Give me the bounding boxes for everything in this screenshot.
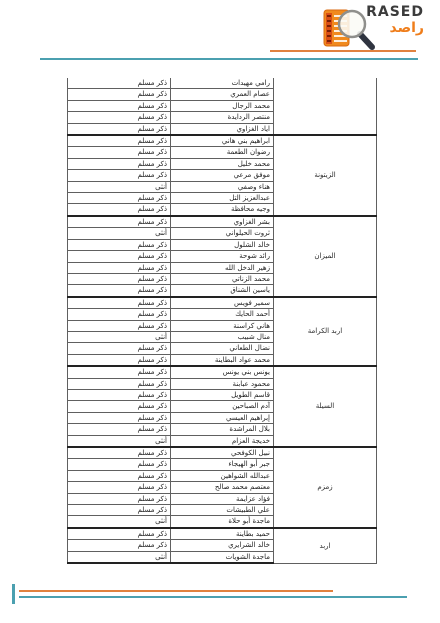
gender-religion: ذكر مسلم <box>68 112 171 123</box>
candidate-name: أحمد الحايك <box>171 309 274 320</box>
gender-religion: ذكر مسلم <box>68 204 171 216</box>
candidate-name: هاني كراسنة <box>171 320 274 331</box>
candidate-name: جبر أبو الهيجاء <box>171 459 274 470</box>
candidate-name: رائد شوحة <box>171 251 274 262</box>
candidate-name: محمد الزناتي <box>171 273 274 284</box>
region-cell <box>274 78 377 135</box>
candidate-name: ياسين الشناق <box>171 285 274 297</box>
candidate-name: رضوان الطعمة <box>171 147 274 158</box>
gender-religion: ذكر مسلم <box>68 216 171 228</box>
candidate-name: خالد الشرايري <box>171 540 274 551</box>
gender-religion: ذكر مسلم <box>68 528 171 540</box>
footer-rule-teal <box>19 596 407 598</box>
candidate-name: إبراهيم العيسي <box>171 412 274 423</box>
candidate-name: رامي مهيدات <box>171 78 274 89</box>
candidate-name: خالد الشلول <box>171 239 274 250</box>
candidate-name: معتصم محمد صالح <box>171 482 274 493</box>
candidate-name: هناء وصفي <box>171 181 274 192</box>
gender-religion: ذكر مسلم <box>68 482 171 493</box>
gender-religion: أنثى <box>68 331 171 342</box>
table-row: السيلةيونس بني يونسذكر مسلم <box>68 366 377 378</box>
candidate-name: قاسم الطويل <box>171 389 274 400</box>
gender-religion: ذكر مسلم <box>68 309 171 320</box>
candidate-name: عبدالله الشواهين <box>171 470 274 481</box>
gender-religion: أنثى <box>68 516 171 528</box>
gender-religion: ذكر مسلم <box>68 366 171 378</box>
candidate-name: ماجدة أبو حلاة <box>171 516 274 528</box>
gender-religion: أنثى <box>68 181 171 192</box>
region-cell: اربد <box>274 528 377 563</box>
candidate-name: محمد عواد البطاينة <box>171 354 274 366</box>
region-cell: اربد الكرامة <box>274 297 377 366</box>
table-row: زمزمنبيل الكوفحيذكر مسلم <box>68 447 377 459</box>
region-cell: زمزم <box>274 447 377 528</box>
logo-wordmark-ar: راصد <box>366 20 424 36</box>
candidate-name: نبيل الكوفحي <box>171 447 274 459</box>
region-cell: الميزان <box>274 216 377 297</box>
gender-religion: ذكر مسلم <box>68 239 171 250</box>
candidate-name: منال شبيب <box>171 331 274 342</box>
gender-religion: ذكر مسلم <box>68 354 171 366</box>
gender-religion: ذكر مسلم <box>68 493 171 504</box>
candidate-name: خديجة العزام <box>171 435 274 447</box>
logo-wordmark-en: RASED <box>366 5 424 20</box>
gender-religion: ذكر مسلم <box>68 123 171 135</box>
footer-rule-orange <box>19 590 333 592</box>
candidate-name: محمد خليل <box>171 158 274 169</box>
gender-religion: ذكر مسلم <box>68 459 171 470</box>
gender-religion: ذكر مسلم <box>68 262 171 273</box>
candidate-name: زهير الدخل الله <box>171 262 274 273</box>
candidate-name: ابراهيم بني هاني <box>171 135 274 147</box>
candidate-name: بشر الغزاوي <box>171 216 274 228</box>
gender-religion: ذكر مسلم <box>68 424 171 435</box>
candidate-name: حميد بطاينة <box>171 528 274 540</box>
gender-religion: ذكر مسلم <box>68 389 171 400</box>
gender-religion: ذكر مسلم <box>68 147 171 158</box>
candidate-name: يونس بني يونس <box>171 366 274 378</box>
gender-religion: ذكر مسلم <box>68 378 171 389</box>
header-rule-orange <box>270 50 416 52</box>
gender-religion: ذكر مسلم <box>68 505 171 516</box>
candidate-name: ماجدة الشويات <box>171 551 274 563</box>
candidate-name: ثروت الحيلواني <box>171 228 274 239</box>
gender-religion: أنثى <box>68 228 171 239</box>
candidates-table: رامي مهيداتذكر مسلمعصام العمريذكر مسلممح… <box>67 78 377 564</box>
gender-religion: ذكر مسلم <box>68 470 171 481</box>
candidate-name: فؤاد عزايمة <box>171 493 274 504</box>
gender-religion: ذكر مسلم <box>68 89 171 100</box>
gender-religion: ذكر مسلم <box>68 540 171 551</box>
gender-religion: ذكر مسلم <box>68 447 171 459</box>
region-cell: الزيتونة <box>274 135 377 216</box>
gender-religion: ذكر مسلم <box>68 285 171 297</box>
gender-religion: ذكر مسلم <box>68 273 171 284</box>
region-cell: السيلة <box>274 366 377 447</box>
candidate-name: آدم الصباحين <box>171 401 274 412</box>
candidate-name: محمد الرجال <box>171 100 274 111</box>
table-row: اربد الكرامةسمير فويسذكر مسلم <box>68 297 377 309</box>
table-row: اربدحميد بطاينةذكر مسلم <box>68 528 377 540</box>
header-rule-teal <box>40 58 418 60</box>
footer-accent-bar <box>12 584 15 604</box>
gender-religion: ذكر مسلم <box>68 158 171 169</box>
gender-religion: ذكر مسلم <box>68 193 171 204</box>
gender-religion: ذكر مسلم <box>68 251 171 262</box>
document-page: RASED راصد رامي مهيداتذكر مسلمعصام العمر… <box>0 0 440 623</box>
gender-religion: ذكر مسلم <box>68 100 171 111</box>
candidate-name: سمير فويس <box>171 297 274 309</box>
table-row: الزيتونةابراهيم بني هانيذكر مسلم <box>68 135 377 147</box>
gender-religion: ذكر مسلم <box>68 135 171 147</box>
candidate-name: محمود عبابنة <box>171 378 274 389</box>
candidate-name: موفق مرعي <box>171 170 274 181</box>
candidate-name: عبدالعزيز التل <box>171 193 274 204</box>
table-row: الميزانبشر الغزاويذكر مسلم <box>68 216 377 228</box>
candidate-name: بلال المراشدة <box>171 424 274 435</box>
gender-religion: أنثى <box>68 435 171 447</box>
candidate-name: منتصر الردايدة <box>171 112 274 123</box>
gender-religion: ذكر مسلم <box>68 78 171 89</box>
gender-religion: ذكر مسلم <box>68 401 171 412</box>
candidate-name: وجيه محافظة <box>171 204 274 216</box>
gender-religion: ذكر مسلم <box>68 343 171 354</box>
gender-religion: ذكر مسلم <box>68 412 171 423</box>
gender-religion: ذكر مسلم <box>68 320 171 331</box>
candidate-name: اياد الغزاوي <box>171 123 274 135</box>
candidate-name: علي الطبيشات <box>171 505 274 516</box>
candidate-name: نضال الطعاني <box>171 343 274 354</box>
gender-religion: أنثى <box>68 551 171 563</box>
gender-religion: ذكر مسلم <box>68 297 171 309</box>
gender-religion: ذكر مسلم <box>68 170 171 181</box>
table-row: رامي مهيداتذكر مسلم <box>68 78 377 89</box>
rased-logo: RASED راصد <box>322 5 424 55</box>
candidate-name: عصام العمري <box>171 89 274 100</box>
